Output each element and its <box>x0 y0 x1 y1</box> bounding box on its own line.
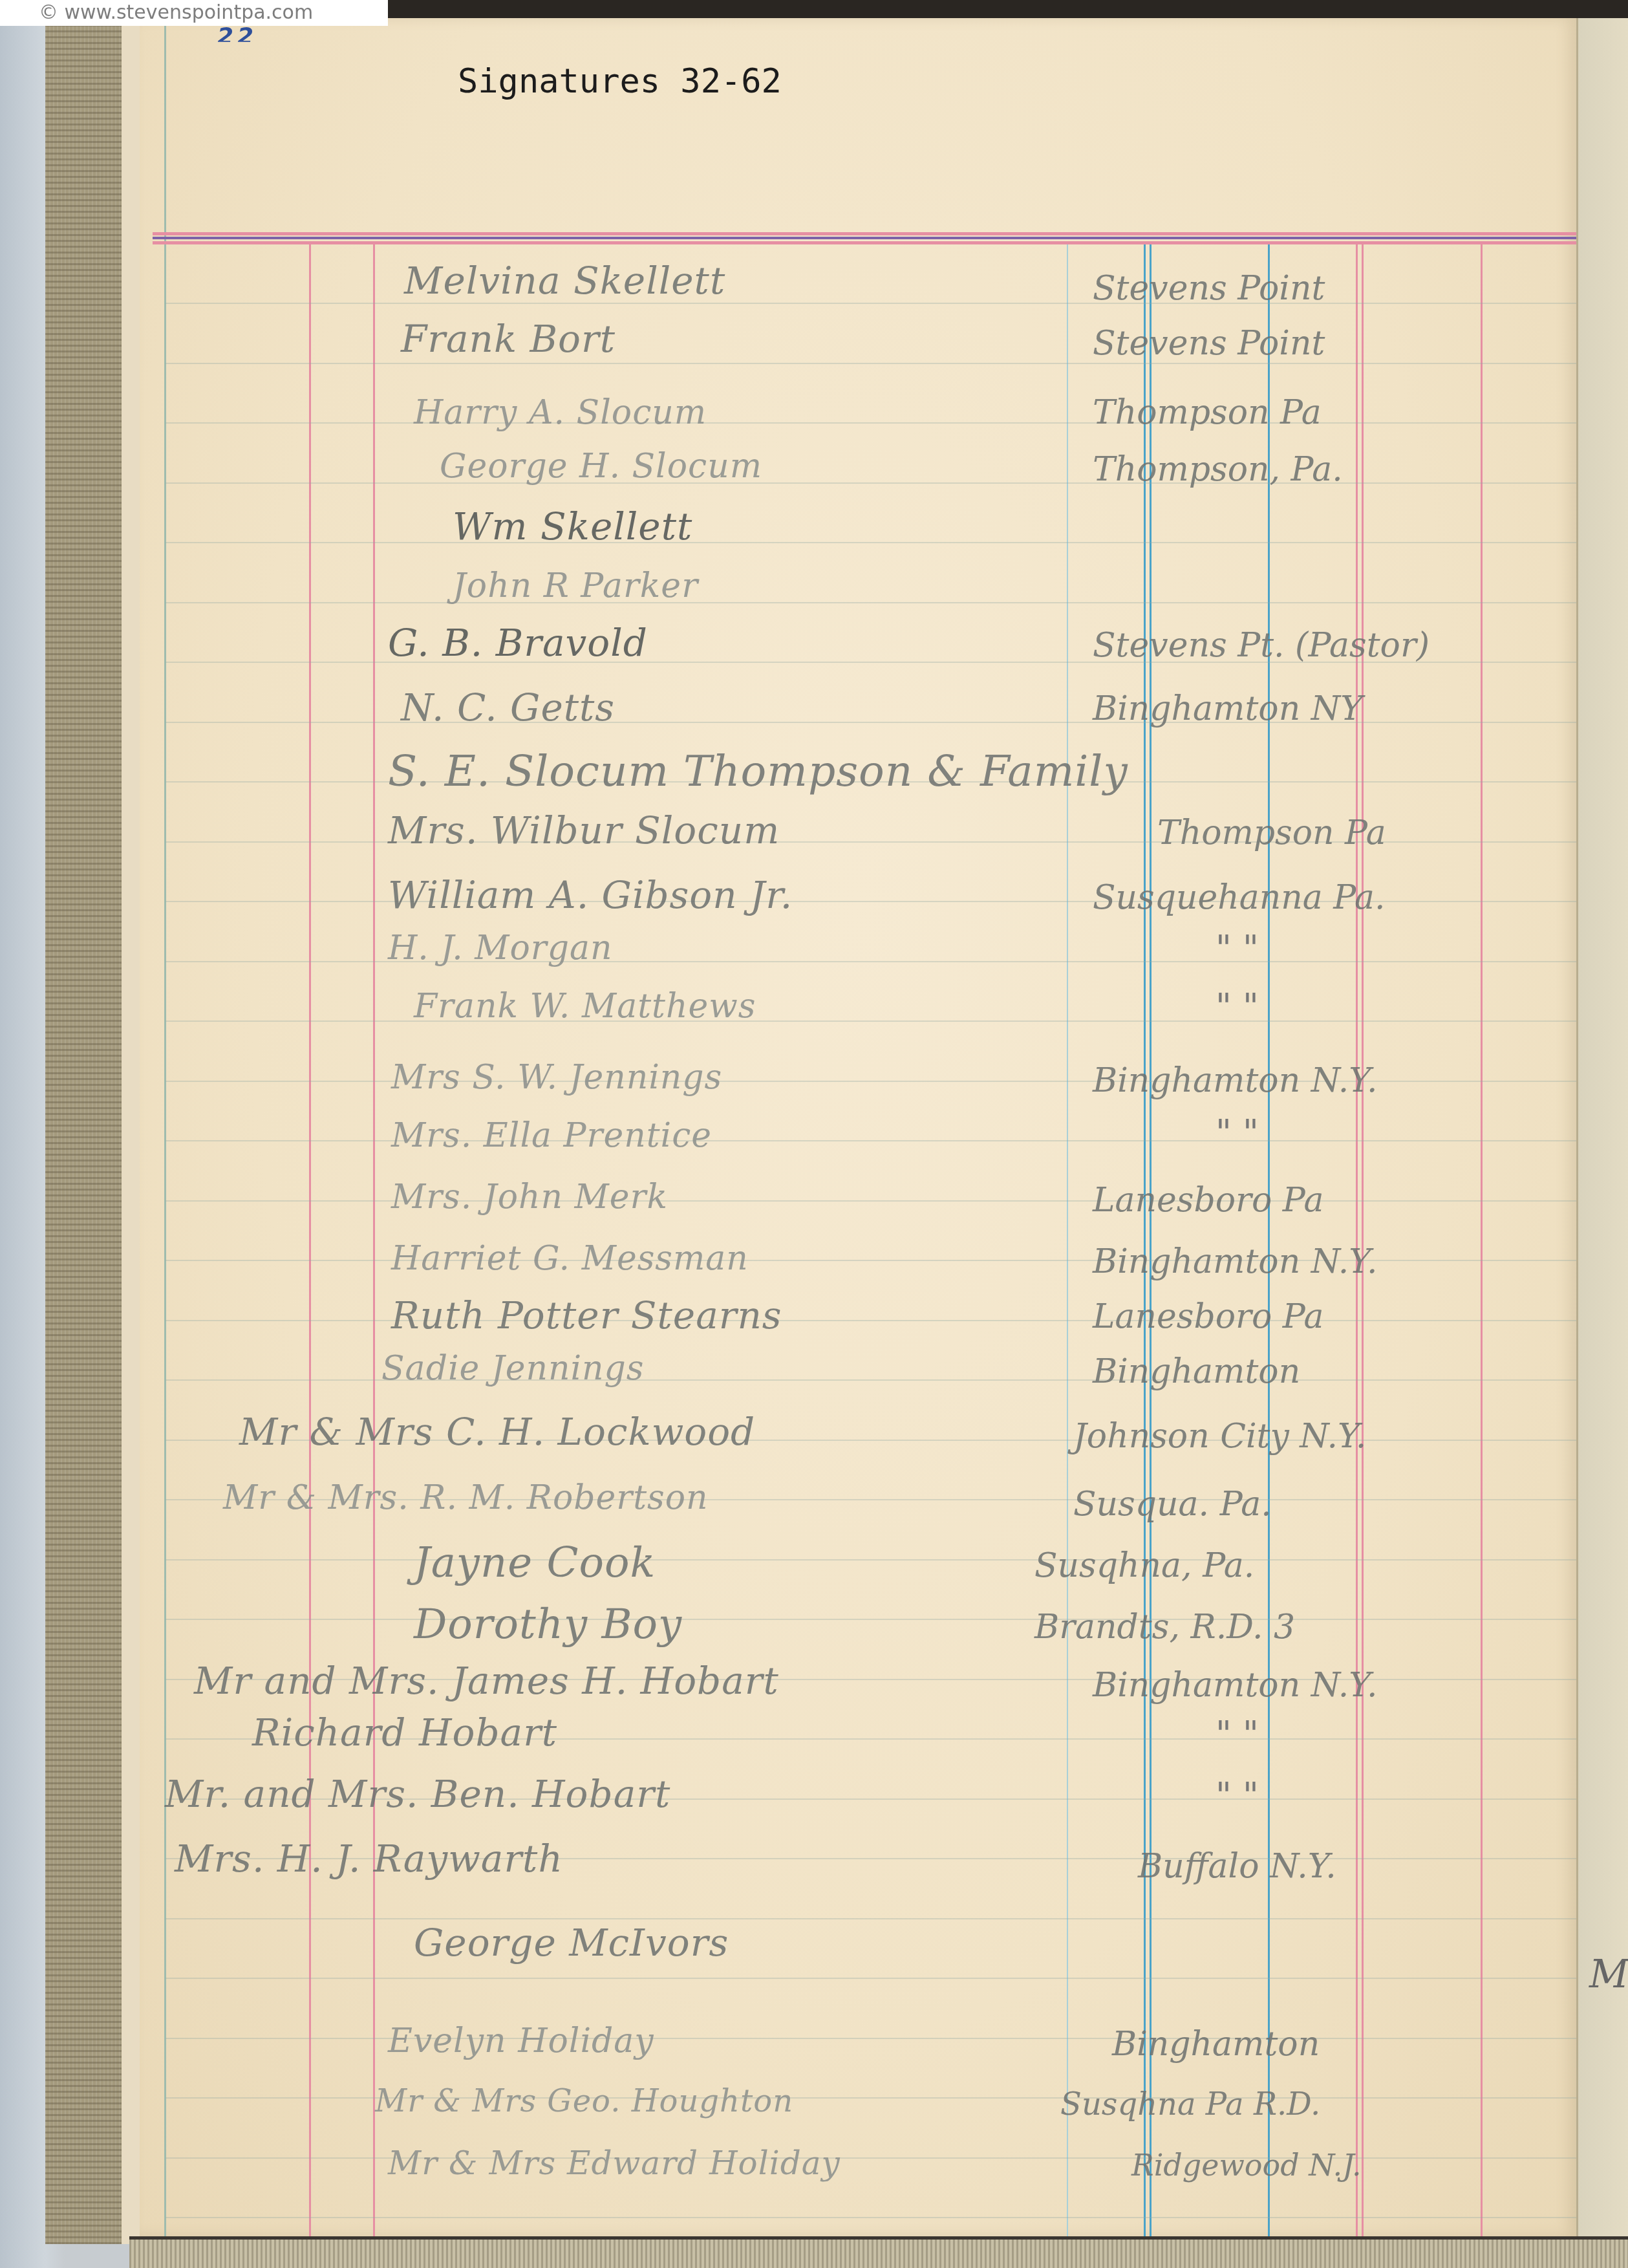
signature-name: John R Parker <box>453 569 698 603</box>
signature-name: Frank Bort <box>401 320 616 358</box>
copyright-watermark: © www.stevenspointpa.com <box>0 0 388 26</box>
signature-place: Ridgewood N.J. <box>1131 2150 1362 2180</box>
signature-place: Thompson Pa <box>1093 396 1322 429</box>
margin-line-green <box>164 18 166 2236</box>
signature-name: Mrs. H. J. Raywarth <box>175 1840 563 1877</box>
signature-name: George McIvors <box>414 1924 729 1961</box>
ruled-line <box>166 542 1576 543</box>
signature-place: Lanesboro Pa <box>1093 1183 1323 1217</box>
adjacent-page-fragment: M <box>1589 1952 1628 1997</box>
signature-place: Susqhna Pa R.D. <box>1060 2089 1320 2120</box>
signature-name: G. B. Bravold <box>388 624 648 662</box>
ditto-mark: " " <box>1216 989 1259 1024</box>
signature-name: Ruth Potter Stearns <box>391 1297 782 1334</box>
signature-place: Stevens Pt. (Pastor) <box>1093 629 1430 662</box>
ruled-line <box>166 1379 1576 1381</box>
ruled-line <box>166 2038 1576 2039</box>
signature-name: Richard Hobart <box>252 1714 557 1751</box>
ruled-line <box>166 2217 1576 2218</box>
signature-name: Sadie Jennings <box>381 1352 645 1385</box>
ledger-page <box>140 18 1576 2236</box>
signature-name: Mrs. Ella Prentice <box>391 1119 712 1152</box>
signature-name: Mr & Mrs Geo. Houghton <box>375 2086 793 2117</box>
adjacent-page-edge: M <box>1576 18 1628 2243</box>
ruled-line <box>166 1021 1576 1022</box>
signature-place: Susqhna, Pa. <box>1034 1549 1254 1582</box>
ruled-line <box>166 1320 1576 1321</box>
header-rule-pink-bottom <box>153 241 1576 244</box>
ditto-mark: " " <box>1216 1778 1259 1813</box>
signature-name: William A. Gibson Jr. <box>388 876 793 914</box>
ruled-line <box>166 303 1576 304</box>
signature-name: Frank W. Matthews <box>414 989 756 1023</box>
signature-place: Thompson Pa <box>1157 816 1386 850</box>
signature-place: Binghamton N.Y. <box>1093 1064 1378 1097</box>
ruled-line <box>166 1918 1576 1919</box>
signature-place: Susquehanna Pa. <box>1093 881 1386 914</box>
signature-name: Dorothy Boy <box>414 1604 682 1645</box>
signature-place: Susqua. Pa. <box>1073 1487 1272 1521</box>
page-title: Signatures 32-62 <box>458 62 782 101</box>
ruled-line <box>166 722 1576 723</box>
signature-name: Mr & Mrs. R. M. Robertson <box>223 1481 709 1515</box>
signature-name: Mrs. Wilbur Slocum <box>388 812 780 849</box>
signature-name: Melvina Skellett <box>404 262 725 299</box>
signature-name: Jayne Cook <box>414 1542 656 1584</box>
ruled-line <box>166 1978 1576 1979</box>
signature-place: Johnson City N.Y. <box>1073 1420 1366 1453</box>
signature-place: Thompson, Pa. <box>1093 453 1343 486</box>
signature-name: Mrs. John Merk <box>391 1180 668 1214</box>
signature-name: H. J. Morgan <box>388 931 612 965</box>
ruled-line <box>166 1200 1576 1202</box>
cover-edge <box>122 19 141 2244</box>
signature-name: Harry A. Slocum <box>414 396 707 429</box>
signature-place: Stevens Point <box>1093 327 1325 360</box>
cloth-spine <box>45 19 125 2244</box>
header-rule-purple <box>153 237 1576 239</box>
signature-place: Binghamton NY <box>1093 692 1362 726</box>
signature-name: S. E. Slocum Thompson & Family <box>388 750 1128 793</box>
signature-place: Buffalo N.Y. <box>1138 1850 1336 1883</box>
signature-place: Binghamton <box>1093 1355 1300 1388</box>
ruled-line <box>166 2157 1576 2159</box>
ruled-line <box>166 1140 1576 1141</box>
signature-name: Harriet G. Messman <box>391 1242 749 1275</box>
signature-place: Lanesboro Pa <box>1093 1300 1323 1334</box>
signature-name: Wm Skellett <box>453 508 692 545</box>
signature-name: Mr and Mrs. James H. Hobart <box>194 1662 779 1700</box>
ruled-line <box>166 961 1576 962</box>
ruled-line <box>166 1559 1576 1561</box>
ruled-line <box>166 363 1576 364</box>
signature-place: Binghamton N.Y. <box>1093 1245 1378 1279</box>
signature-name: Mr & Mrs C. H. Lockwood <box>239 1413 755 1451</box>
signature-place: Stevens Point <box>1093 272 1325 305</box>
ditto-mark: " " <box>1216 931 1259 966</box>
signature-name: George H. Slocum <box>440 449 762 483</box>
ditto-mark: " " <box>1216 1116 1259 1150</box>
signature-name: Mr & Mrs Edward Holiday <box>388 2147 841 2179</box>
ruled-line <box>166 482 1576 484</box>
signature-name: N. C. Getts <box>401 689 615 726</box>
ruled-line <box>166 1619 1576 1620</box>
ruled-line <box>166 422 1576 424</box>
bottom-cloth-edge <box>129 2236 1628 2268</box>
header-rule-pink-top <box>153 232 1576 235</box>
ruled-line <box>166 602 1576 603</box>
signature-name: Mrs S. W. Jennings <box>391 1061 722 1094</box>
ditto-mark: " " <box>1216 1717 1259 1752</box>
signature-place: Binghamton <box>1112 2027 1320 2061</box>
signature-name: Evelyn Holiday <box>388 2024 654 2058</box>
signature-place: Binghamton N.Y. <box>1093 1669 1378 1702</box>
signature-name: Mr. and Mrs. Ben. Hobart <box>165 1775 670 1813</box>
signature-place: Brandts, R.D. 3 <box>1034 1610 1295 1644</box>
